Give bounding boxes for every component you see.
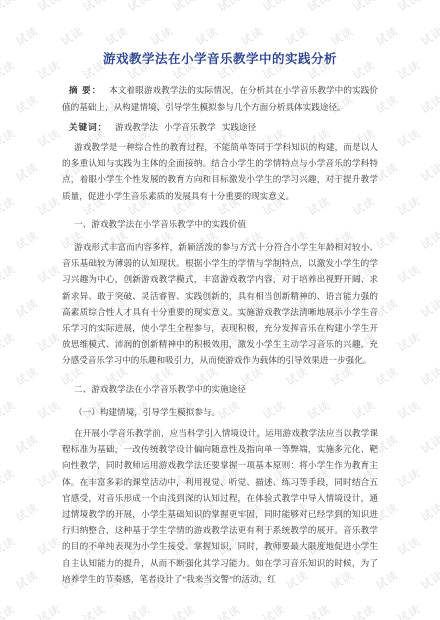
abstract-label: 摘 要： xyxy=(69,85,102,95)
watermark-text: 试读 xyxy=(215,601,244,620)
meta-section: 摘 要：本文着眼游戏教学法的实际情况，在分析其在小学音乐教学中的实践价值的基础上… xyxy=(62,82,378,136)
watermark-text: 试读 xyxy=(170,601,199,620)
watermark-text: 试读 xyxy=(125,601,154,620)
abstract-text: 本文着眼游戏教学法的实际情况，在分析其在小学音乐教学中的实践价值的基础上，从构建… xyxy=(62,85,378,112)
body-paragraph: 在开展小学音乐教学前，应当科学引入情境设计。运用游戏教学法应当以教学课程标准为基… xyxy=(62,425,378,587)
watermark-text: 试读 xyxy=(395,601,424,620)
keywords-label: 关键词： xyxy=(69,122,107,132)
body-paragraph: 游戏教学是一种综合性的教育过程，不能简单等同于学科知识的构建，而是以人的多重认知… xyxy=(62,139,378,204)
watermark-text: 试读 xyxy=(305,601,334,620)
watermark-text: 试读 xyxy=(350,601,379,620)
keywords: 关键词：游戏教学法 小学音乐教学 实践途径 xyxy=(62,119,378,136)
document-body: 游戏教学是一种综合性的教育过程，不能简单等同于学科知识的构建，而是以人的多重认知… xyxy=(62,139,378,587)
abstract: 摘 要：本文着眼游戏教学法的实际情况，在分析其在小学音乐教学中的实践价值的基础上… xyxy=(62,82,378,116)
page-title: 游戏教学法在小学音乐教学中的实践分析 xyxy=(62,50,378,68)
section-subheading: （一）构建情境，引导学生模拟参与。 xyxy=(62,404,378,420)
section-heading: 二、游戏教学法在小学音乐教学中的实施途径 xyxy=(62,381,378,397)
document-page: 游戏教学法在小学音乐教学中的实践分析 摘 要：本文着眼游戏教学法的实际情况，在分… xyxy=(0,0,440,587)
watermark-text: 试读 xyxy=(260,601,289,620)
watermark-text: 试读 xyxy=(80,601,109,620)
body-paragraph: 游戏形式丰富而内容多样，新颖活泼的参与方式十分符合小学生年龄相对较小、音乐基础较… xyxy=(62,239,378,369)
watermark-text: 试读 xyxy=(35,601,64,620)
section-heading: 一、游戏教学法在小学音乐教学中的实践价值 xyxy=(62,216,378,232)
keywords-text: 游戏教学法 小学音乐教学 实践途径 xyxy=(115,122,256,132)
watermark-text: 试读 xyxy=(0,601,18,620)
